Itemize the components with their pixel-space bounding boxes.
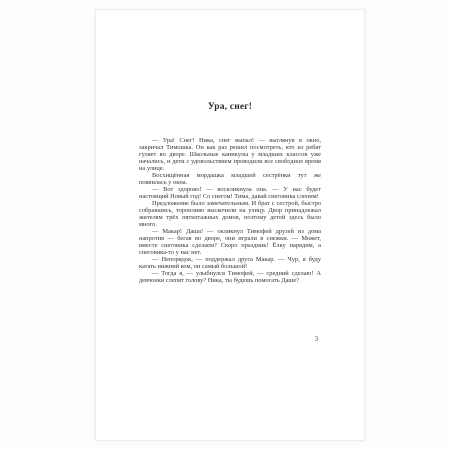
paragraph: — Ура! Снег! Ника, снег выпал! — выгляну…: [139, 137, 321, 172]
body-text: — Ура! Снег! Ника, снег выпал! — выгляну…: [139, 137, 321, 284]
paragraph: Восхищённая мордашка младшей сестрёнки т…: [139, 172, 321, 186]
paragraph: — Непорядок, — поддержал друга Макар. — …: [139, 256, 321, 270]
preview-canvas: Ура, снег! — Ура! Снег! Ника, снег выпал…: [0, 0, 450, 450]
paragraph: — Вот здорово! — воскликнула она. — У на…: [139, 186, 321, 200]
page-number: 3: [315, 336, 318, 343]
paragraph: — Тогда я, — улыбнулся Тимофей, — средни…: [139, 270, 321, 284]
book-page: Ура, снег! — Ура! Снег! Ника, снег выпал…: [95, 9, 365, 441]
paragraph: — Макар! Даша! — окликнул Тимофей друзей…: [139, 228, 321, 256]
paragraph: Предложение было замечательным. И брат с…: [139, 200, 321, 228]
page-title: Ура, снег!: [96, 102, 364, 112]
